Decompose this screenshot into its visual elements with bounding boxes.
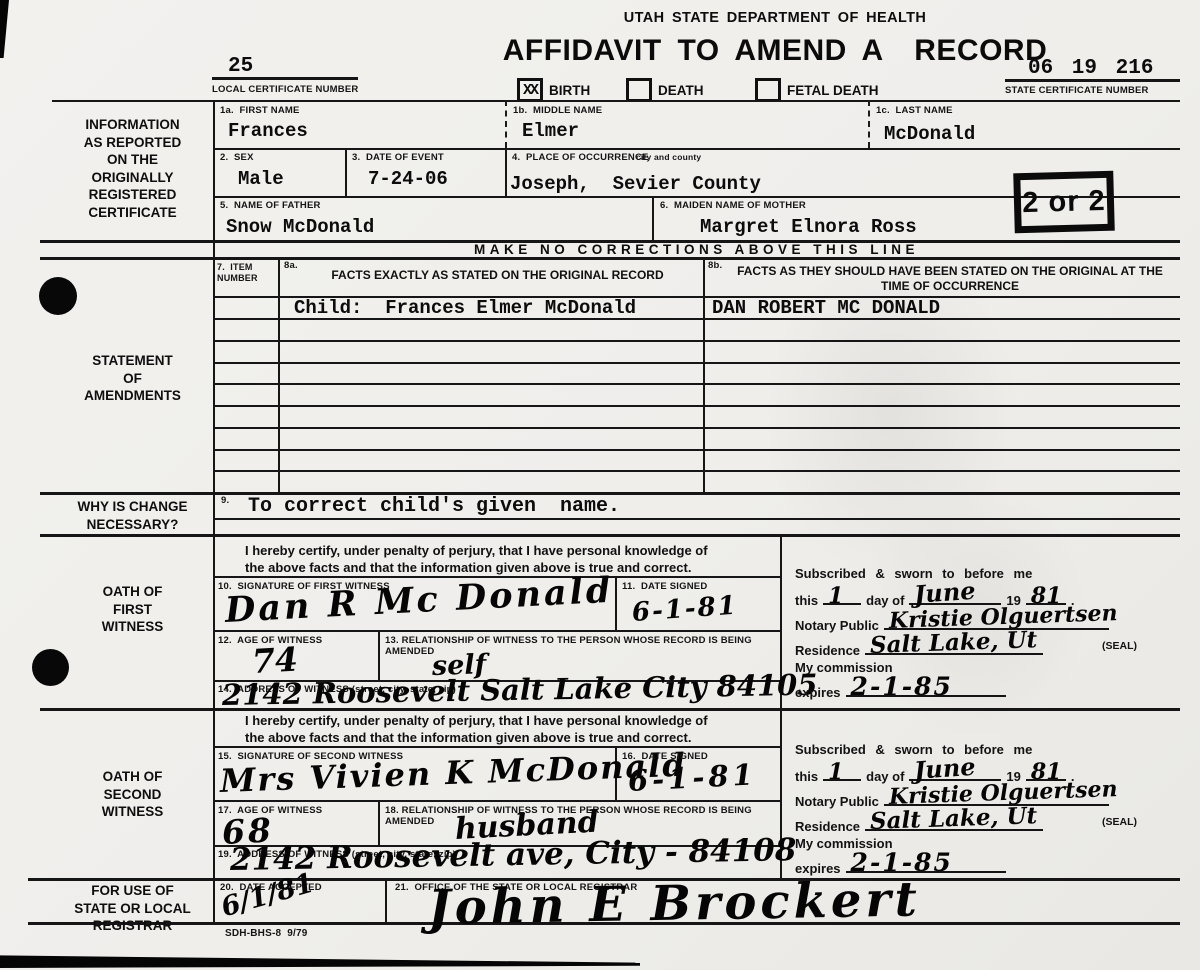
col-8a-prefix: 8a. — [284, 260, 298, 271]
notary1-day-value: 1 — [828, 583, 843, 609]
first-name-label: 1a. FIRST NAME — [220, 105, 300, 116]
why-change-value: To correct child's given name. — [248, 497, 620, 517]
notary1-expires-label: expires — [795, 685, 841, 700]
notary2-residence-underline: Salt Lake, Ut — [865, 815, 1043, 831]
certify-statement-first: I hereby certify, under penalty of perju… — [245, 542, 725, 576]
amendment-original-value: Child: Frances Elmer McDonald — [294, 299, 636, 318]
grid-line-h — [213, 405, 1180, 407]
fetal-death-checkbox-label: FETAL DEATH — [787, 83, 879, 98]
sex-label: 2. SEX — [220, 152, 254, 163]
first-witness-signature-value: Dan R Mc Donald — [224, 570, 614, 631]
notary1-month-line: June — [909, 589, 1001, 605]
middle-name-label: 1b. MIDDLE NAME — [513, 105, 602, 116]
col-8b-prefix: 8b. — [708, 260, 722, 271]
place-of-occurrence-label: 4. PLACE OF OCCURRENCE — [512, 152, 649, 163]
grid-line-v — [213, 100, 215, 922]
notary1-residence-underline: Salt Lake, Ut — [865, 639, 1043, 655]
registrar-signature: John E Brockert — [428, 871, 922, 936]
form-number: SDH-BHS-8 9/79 — [225, 928, 307, 940]
grid-line-h — [213, 148, 1180, 150]
col-8b-heading: FACTS AS THEY SHOULD HAVE BEEN STATED ON… — [730, 264, 1170, 294]
grid-line-h — [213, 518, 1180, 520]
death-checkbox-label: DEATH — [658, 83, 704, 98]
notary2-notary-label: Notary Public — [795, 794, 879, 809]
affidavit-document: UTAH STATE DEPARTMENT OF HEALTH AFFIDAVI… — [0, 0, 1200, 970]
notary1-day-of-label: day of — [866, 593, 904, 608]
scan-edge-top-left — [0, 0, 9, 58]
mother-maiden-name-value: Margret Elnora Ross — [700, 218, 917, 237]
date-of-event-label: 3. DATE OF EVENT — [352, 152, 444, 163]
notary1-residence-label: Residence — [795, 643, 860, 658]
grid-line-h — [40, 534, 1180, 537]
scan-edge-bottom — [0, 954, 640, 968]
middle-name-value: Elmer — [522, 122, 579, 141]
banner-rule-bottom — [40, 257, 1180, 260]
notary2-residence-label: Residence — [795, 819, 860, 834]
grid-line-v — [378, 630, 380, 680]
grid-line-h — [213, 427, 1180, 429]
grid-line-v — [505, 148, 507, 196]
grid-line-h — [40, 708, 1180, 711]
grid-line-v — [780, 534, 782, 878]
grid-line-h — [213, 630, 782, 632]
notary1-this-label: this — [795, 593, 818, 608]
amendment-corrected-value: DAN ROBERT MC DONALD — [712, 299, 940, 318]
grid-line-h — [213, 800, 782, 802]
state-certificate-number-value: 06 19 216 — [1028, 58, 1153, 79]
grid-line-h — [213, 362, 1180, 364]
notary1-day-line: 1 — [823, 589, 861, 605]
notary1-sworn-line: Subscribed & sworn to before me — [795, 566, 1032, 581]
section-label-oath-second: OATH OF SECOND WITNESS — [52, 768, 213, 821]
page-title: AFFIDAVIT TO AMEND A RECORD — [420, 34, 1130, 68]
why-change-number: 9. — [221, 495, 229, 506]
notary2-month-value: June — [913, 752, 976, 785]
notary2-sworn-text: Subscribed & sworn to before me — [795, 742, 1032, 757]
rule-under-local-cert — [212, 77, 358, 80]
notary1-month-value: June — [913, 576, 976, 609]
notary2-day-value: 1 — [828, 759, 843, 785]
birth-checkbox-label: BIRTH — [549, 83, 590, 98]
first-name-value: Frances — [228, 122, 308, 141]
section-label-why-change: WHY IS CHANGE NECESSARY? — [52, 498, 213, 533]
notary2-residence-value: Salt Lake, Ut — [870, 802, 1038, 835]
grid-line-h — [213, 383, 1180, 385]
section-label-oath-first: OATH OF FIRST WITNESS — [52, 583, 213, 636]
grid-line-v — [615, 576, 617, 630]
notary1-notary-label: Notary Public — [795, 618, 879, 633]
notary1-residence-line: Residence Salt Lake, Ut — [795, 639, 1043, 658]
last-name-label: 1c. LAST NAME — [876, 105, 953, 116]
grid-line-h — [52, 100, 1180, 102]
certify-statement-second: I hereby certify, under penalty of perju… — [245, 712, 725, 746]
grid-line-v — [378, 800, 380, 845]
place-of-occurrence-value: Joseph, Sevier County — [510, 175, 761, 194]
notary2-residence-line: Residence Salt Lake, Ut — [795, 815, 1043, 834]
notary2-expires-underline: 2-1-85 — [846, 857, 1006, 873]
section-label-original-info: INFORMATION AS REPORTED ON THE ORIGINALL… — [52, 116, 213, 221]
no-corrections-banner: MAKE NO CORRECTIONS ABOVE THIS LINE — [213, 242, 1180, 257]
agency-name: UTAH STATE DEPARTMENT OF HEALTH — [420, 10, 1130, 26]
section-label-amendments: STATEMENT OF AMENDMENTS — [52, 352, 213, 405]
grid-line-v — [385, 878, 387, 922]
grid-line-h — [213, 449, 1180, 451]
notary1-seal-label: (SEAL) — [1102, 640, 1137, 652]
grid-line-v-dashed — [868, 100, 870, 148]
birth-checkbox: XX — [517, 78, 543, 102]
notary2-sworn-line: Subscribed & sworn to before me — [795, 742, 1032, 757]
notary2-seal-label: (SEAL) — [1102, 816, 1137, 828]
second-witness-date-value: 6-1-81 — [627, 757, 757, 798]
date-of-event-value: 7-24-06 — [368, 170, 448, 189]
section-label-registrar: FOR USE OF STATE OR LOCAL REGISTRAR — [52, 882, 213, 935]
notary2-month-line: June — [909, 765, 1001, 781]
sex-value: Male — [238, 170, 284, 189]
notary1-expires-value: 2-1-85 — [851, 672, 953, 701]
grid-line-v — [652, 196, 654, 240]
item-number-header: 7. ITEM NUMBER — [217, 262, 258, 284]
second-witness-address-value: 2142 Roosevelt ave, City - 84108 — [230, 832, 797, 878]
grid-line-v — [703, 257, 705, 492]
state-certificate-number-label: STATE CERTIFICATE NUMBER — [1005, 85, 1149, 96]
fetal-death-checkbox — [755, 78, 781, 102]
grid-line-v-dashed — [505, 100, 507, 148]
local-certificate-number-label: LOCAL CERTIFICATE NUMBER — [212, 84, 358, 95]
notary1-expires-line: expires 2-1-85 — [795, 681, 1006, 700]
first-witness-address-value: 2142 Roosevelt Salt Lake City 84105 — [222, 668, 818, 712]
first-witness-date-label: 11. DATE SIGNED — [622, 581, 707, 592]
grid-line-v — [278, 257, 280, 492]
first-witness-date-value: 6-1-81 — [631, 591, 739, 628]
place-of-occurrence-sublabel: city and county — [636, 152, 701, 162]
death-checkbox — [626, 78, 652, 102]
hole-punch-bottom — [32, 649, 69, 686]
page-stamp: 2 or 2 — [1013, 171, 1115, 234]
page-stamp-text: 2 or 2 — [1022, 185, 1106, 219]
grid-line-h — [213, 340, 1180, 342]
hole-punch-top — [39, 277, 77, 315]
grid-line-h — [213, 470, 1180, 472]
first-witness-age-value: 74 — [251, 640, 299, 681]
grid-line-v — [345, 148, 347, 196]
notary1-expires-underline: 2-1-85 — [846, 681, 1006, 697]
notary1-sworn-text: Subscribed & sworn to before me — [795, 566, 1032, 581]
mother-maiden-name-label: 6. MAIDEN NAME OF MOTHER — [660, 200, 806, 211]
notary2-this-label: this — [795, 769, 818, 784]
col-8a-heading: FACTS EXACTLY AS STATED ON THE ORIGINAL … — [300, 268, 695, 282]
father-name-label: 5. NAME OF FATHER — [220, 200, 321, 211]
last-name-value: McDonald — [884, 125, 975, 144]
notary1-residence-value: Salt Lake, Ut — [870, 626, 1038, 659]
notary2-day-line: 1 — [823, 765, 861, 781]
rule-under-state-cert — [1005, 79, 1180, 82]
notary2-day-of-label: day of — [866, 769, 904, 784]
local-certificate-number-value: 25 — [228, 56, 253, 77]
birth-checkbox-mark: XX — [523, 82, 537, 99]
father-name-value: Snow McDonald — [226, 218, 374, 237]
